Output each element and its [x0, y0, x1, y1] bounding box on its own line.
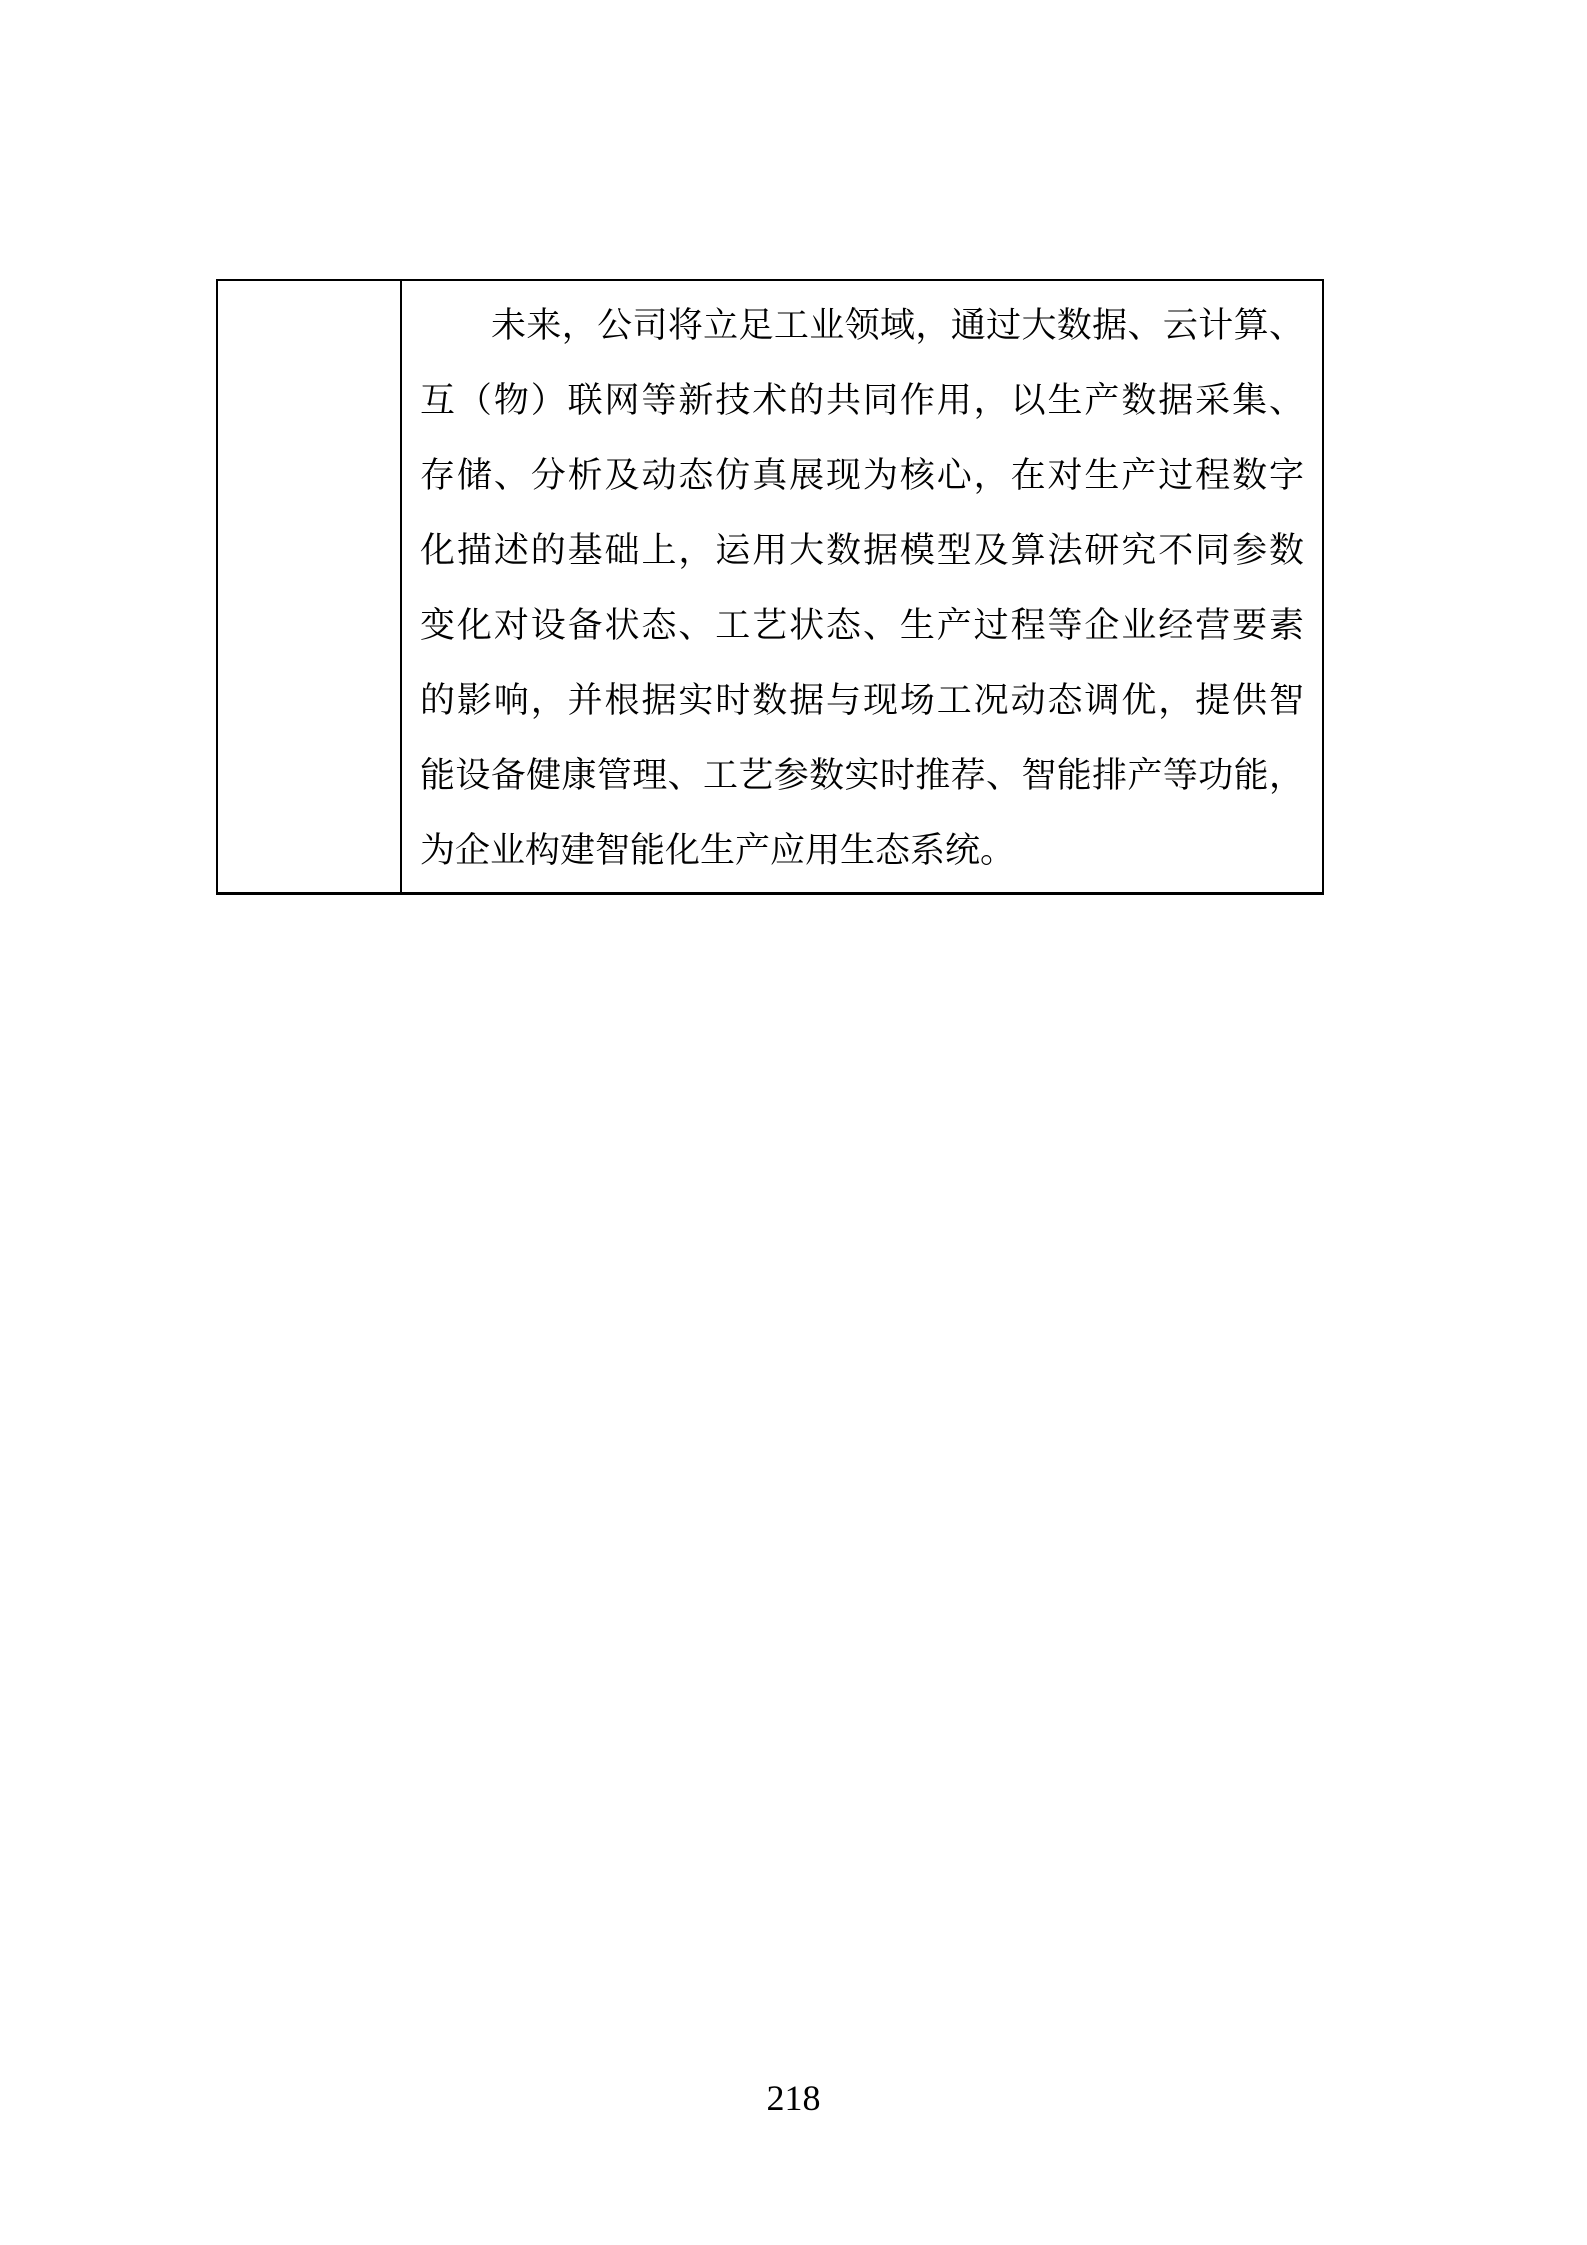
table: 未来，公司将立足工业领域，通过大数据、云计算、 互（物）联网等新技术的共同作用，… [216, 279, 1324, 895]
paragraph-line: 未来，公司将立足工业领域，通过大数据、云计算、 [420, 288, 1304, 363]
table-content-cell: 未来，公司将立足工业领域，通过大数据、云计算、 互（物）联网等新技术的共同作用，… [402, 281, 1322, 892]
paragraph-line: 的影响，并根据实时数据与现场工况动态调优，提供智 [420, 663, 1304, 738]
paragraph-line: 互（物）联网等新技术的共同作用，以生产数据采集、 [420, 363, 1304, 438]
table-empty-cell [218, 281, 402, 892]
page-number: 218 [0, 2078, 1587, 2118]
paragraph-line: 能设备健康管理、工艺参数实时推荐、智能排产等功能， [420, 738, 1304, 813]
paragraph-line: 为企业构建智能化生产应用生态系统。 [420, 813, 1304, 888]
paragraph-line: 变化对设备状态、工艺状态、生产过程等企业经营要素 [420, 588, 1304, 663]
document-page: { "colors": { "background": "#ffffff", "… [0, 0, 1587, 2245]
paragraph-line: 化描述的基础上，运用大数据模型及算法研究不同参数 [420, 513, 1304, 588]
paragraph-line: 存储、分析及动态仿真展现为核心，在对生产过程数字 [420, 438, 1304, 513]
